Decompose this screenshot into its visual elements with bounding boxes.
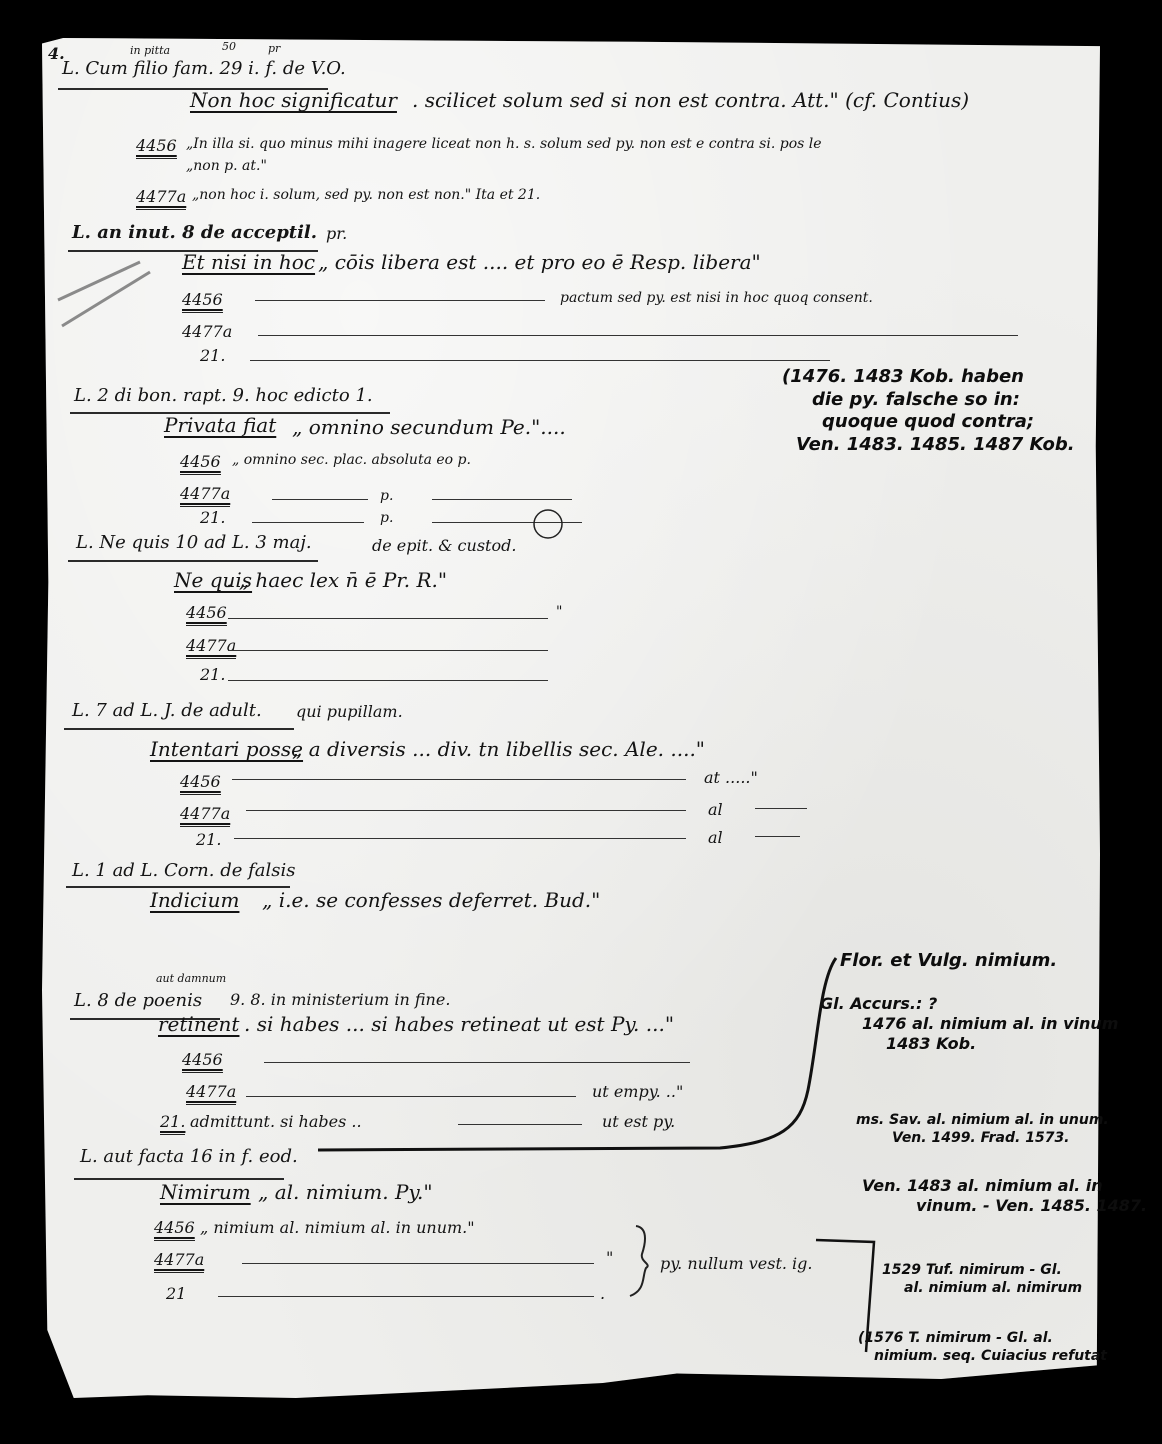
margin-note-line: al. nimium al. nimirum [882, 1280, 1082, 1298]
collation-dash [218, 1296, 594, 1297]
heading-suffix: de epit. & custod. [372, 536, 516, 555]
entry-quote: „ a diversis ... div. tn libellis sec. A… [292, 737, 705, 761]
margin-note-line: quoque quod contra; [782, 411, 1075, 434]
siglum: 4477a [136, 187, 186, 206]
reading-tail: ut est py. [602, 1112, 675, 1131]
reading-text: „ nimium al. nimium al. in unum." [200, 1218, 475, 1237]
entry-lemma: Et nisi in hoc [182, 250, 315, 274]
margin-note-line: 1476 al. nimium al. in vinum [820, 1014, 1118, 1034]
margin-note: Gl. Accurs.: ? 1476 al. nimium al. in vi… [820, 994, 1118, 1054]
collation-dash [272, 499, 368, 500]
margin-note-line: Ven. 1483. 1485. 1487 Kob. [782, 434, 1075, 457]
heading-underline [64, 728, 294, 730]
siglum: 21. [200, 665, 225, 684]
collation-dash [432, 522, 582, 523]
entry-heading: L. aut facta 16 in f. eod. [80, 1146, 298, 1167]
superscript: pr [268, 42, 280, 55]
margin-note-line: Ven. 1483 al. nimium al. in [862, 1176, 1147, 1196]
collation-dash [228, 618, 548, 619]
margin-note-line: (1576 T. nimirum - Gl. al. [858, 1330, 1107, 1348]
entry-quote: „ cōis libera est .... et pro eo ē Resp.… [318, 250, 761, 274]
entry-heading: L. 7 ad L. J. de adult. [72, 700, 262, 721]
superscript: aut damnum [156, 972, 226, 985]
collation-dash [755, 836, 800, 837]
siglum: 4477a [186, 636, 236, 655]
entry-quote: „ al. nimium. Py." [258, 1180, 433, 1204]
siglum: 4477a [180, 804, 230, 823]
reading-text: at ....." [704, 768, 758, 787]
siglum: 4477a [180, 484, 230, 503]
reading-text: . [600, 1284, 605, 1303]
siglum: 21. [200, 346, 225, 365]
collation-dash [250, 360, 830, 361]
siglum: 21. [196, 830, 221, 849]
reading-text: p. [380, 488, 393, 504]
entry-quote: . si habes ... si habes retineat ut est … [244, 1012, 674, 1036]
siglum: 4456 [182, 1050, 223, 1069]
superscript: 50 [222, 40, 236, 53]
collation-dash [458, 1124, 582, 1125]
siglum: 21. [160, 1112, 185, 1131]
siglum: 4477a [182, 322, 232, 341]
collation-dash [246, 810, 686, 811]
entry-lemma: retinent [158, 1012, 239, 1036]
reading-text: ut empy. .." [592, 1082, 683, 1101]
margin-note-line: Ven. 1499. Frad. 1573. [856, 1130, 1109, 1148]
heading-underline [68, 560, 318, 562]
margin-note: (1576 T. nimirum - Gl. al. nimium. seq. … [858, 1330, 1107, 1365]
margin-note-line: 1529 Tuf. nimirum - Gl. [882, 1262, 1082, 1280]
collation-dash [232, 779, 686, 780]
entry-quote: „ i.e. se confesses deferret. Bud." [262, 888, 600, 912]
siglum: 4477a [186, 1082, 236, 1101]
reading-text: „ omnino sec. plac. absoluta eo p. [232, 452, 471, 468]
entry-lemma: Indicium [150, 888, 239, 912]
reading-text: p. [380, 510, 393, 526]
siglum: 4456 [154, 1218, 195, 1237]
margin-note-line: vinum. - Ven. 1485. 1487. [862, 1196, 1147, 1216]
collation-dash [234, 838, 686, 839]
margin-note: Flor. et Vulg. nimium. [840, 950, 1057, 973]
reading-text: „non p. at." [186, 158, 267, 174]
heading-suffix: pr. [326, 224, 347, 243]
margin-note-line: (1476. 1483 Kob. haben [782, 366, 1075, 389]
reading-text: al [708, 800, 723, 819]
reading-text: „non hoc i. solum, sed py. non est non."… [192, 187, 540, 203]
entry-lemma: Nimirum [160, 1180, 251, 1204]
margin-note-line: Flor. et Vulg. nimium. [840, 950, 1057, 973]
reading-text: admittunt. si habes .. [190, 1112, 362, 1131]
bracket-note: py. nullum vest. ig. [660, 1254, 813, 1273]
collation-dash [228, 680, 548, 681]
margin-note-line: nimium. seq. Cuiacius refutat [858, 1348, 1107, 1366]
reading-text: pactum sed py. est nisi in hoc quoq cons… [560, 290, 873, 306]
collation-dash [432, 499, 572, 500]
collation-dash [264, 1062, 690, 1063]
reading-text: " [556, 604, 562, 620]
siglum: 4456 [182, 290, 223, 309]
superscript: in pitta [130, 44, 170, 57]
entry-heading: L. Ne quis 10 ad L. 3 maj. [76, 532, 312, 553]
entry-quote: . scilicet solum sed si non est contra. … [412, 88, 969, 112]
siglum: 4477a [154, 1250, 204, 1269]
entry-lemma: Intentari posse [150, 737, 303, 761]
reading-text: „In illa si. quo minus mihi inagere lice… [186, 136, 822, 152]
entry-quote: „ omnino secundum Pe.".... [292, 415, 566, 439]
siglum: 4456 [180, 452, 221, 471]
entry-heading: L. Cum filio fam. 29 i. f. de V.O. [62, 58, 346, 79]
collation-dash [246, 1096, 576, 1097]
margin-note-line: ms. Sav. al. nimium al. in unum. [856, 1112, 1109, 1130]
siglum: 4456 [186, 603, 227, 622]
entry-quote: . „ haec lex n̄ ē Pr. R." [226, 568, 447, 592]
margin-note-line: Gl. Accurs.: ? [820, 994, 1118, 1014]
siglum: 4456 [136, 136, 177, 155]
margin-note-line: die py. falsche so in: [782, 389, 1075, 412]
entry-heading: L. 1 ad L. Corn. de falsis [72, 860, 295, 881]
reading-text: " [606, 1248, 613, 1267]
collation-dash [228, 650, 548, 651]
margin-note: Ven. 1483 al. nimium al. in vinum. - Ven… [862, 1176, 1147, 1216]
collation-dash [252, 522, 364, 523]
entry-lemma: Non hoc significatur [190, 88, 397, 112]
margin-note-line: 1483 Kob. [820, 1034, 1118, 1054]
entry-heading: L. 8 de poenis [74, 990, 202, 1011]
collation-dash [258, 335, 1018, 336]
entry-heading: L. 2 di bon. rapt. 9. hoc edicto 1. [74, 385, 373, 406]
siglum: 4456 [180, 772, 221, 791]
reading-text: al [708, 828, 723, 847]
margin-note: ms. Sav. al. nimium al. in unum. Ven. 14… [856, 1112, 1109, 1147]
entry-lemma: Privata fiat [164, 413, 276, 437]
margin-note: 1529 Tuf. nimirum - Gl. al. nimium al. n… [882, 1262, 1082, 1297]
collation-dash [755, 808, 807, 809]
margin-note: (1476. 1483 Kob. haben die py. falsche s… [782, 366, 1075, 456]
collation-dash [255, 300, 545, 301]
heading-suffix: 9. 8. in ministerium in fine. [230, 990, 450, 1009]
entry-heading: L. an inut. 8 de acceptil. [72, 222, 317, 243]
siglum: 21. [200, 508, 225, 527]
collation-dash [242, 1263, 594, 1264]
siglum: 21 [166, 1284, 186, 1303]
heading-suffix: qui pupillam. [296, 702, 403, 721]
